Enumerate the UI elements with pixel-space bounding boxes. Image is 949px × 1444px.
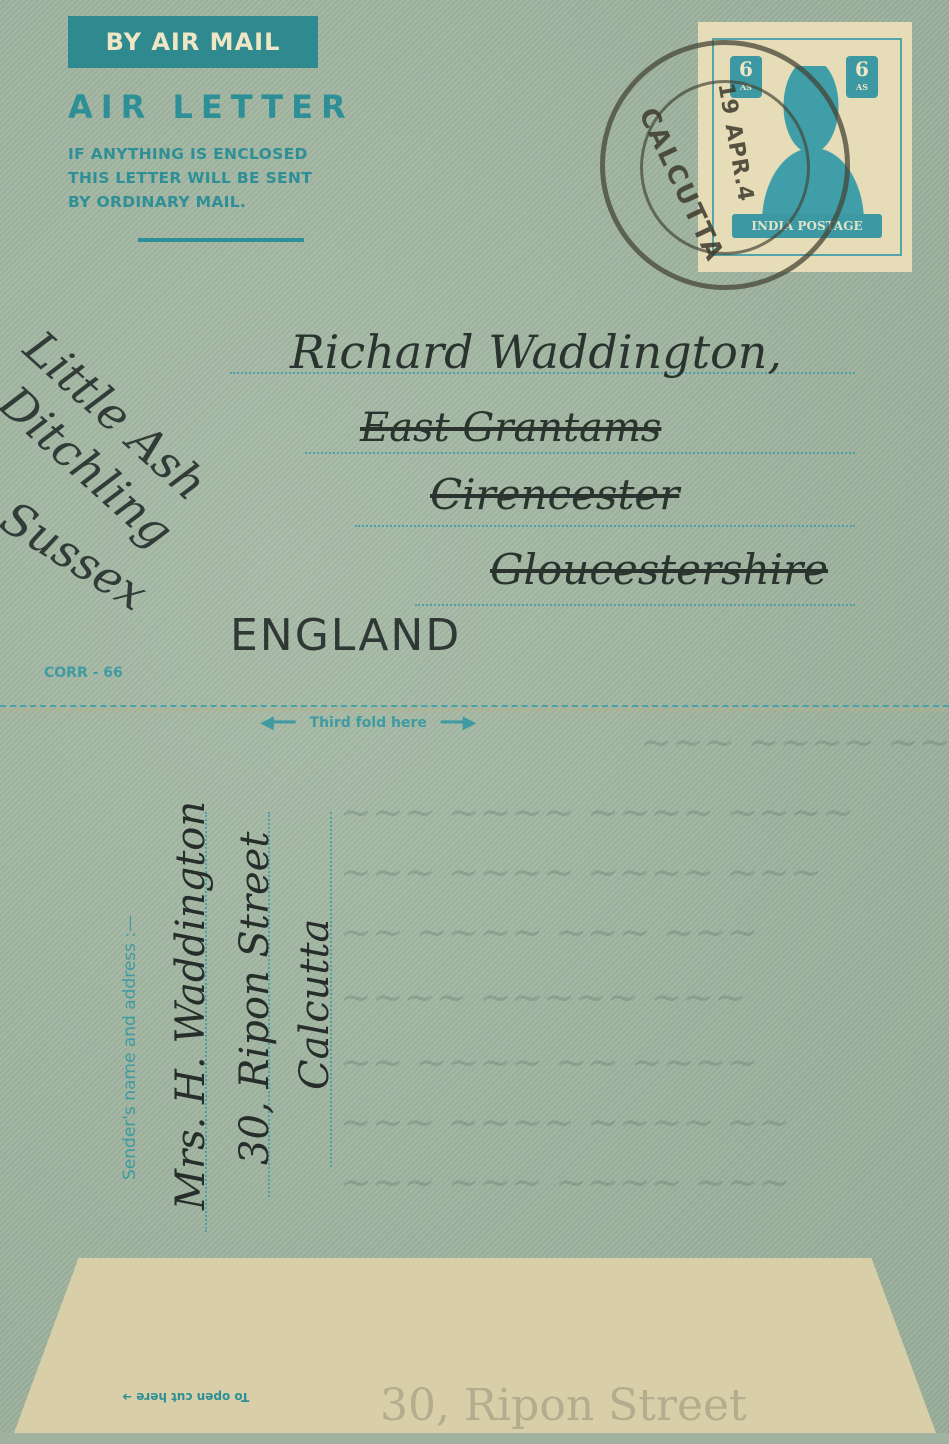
- notice-line: IF ANYTHING IS ENCLOSED: [68, 142, 312, 166]
- fold-instruction: ◀━━ Third fold here ━━▶: [260, 712, 476, 733]
- fold-label-text: Third fold here: [310, 715, 427, 731]
- bleed-through-text: ~~~ ~~~~ ~~~~ ~~: [340, 1100, 790, 1144]
- notice-line: THIS LETTER WILL BE SENT: [68, 166, 312, 190]
- struck-address-line: Cirencester: [430, 470, 679, 519]
- enclosure-notice: IF ANYTHING IS ENCLOSED THIS LETTER WILL…: [68, 142, 312, 214]
- sender-name: Mrs. H. Waddington: [168, 801, 214, 1210]
- airmail-banner: BY AIR MAIL: [68, 16, 318, 68]
- address-line: [355, 525, 855, 527]
- arrow-left-icon: ◀━━: [260, 712, 296, 733]
- bleed-through-text: ~~~ ~~~~ ~~~~ ~~~: [340, 850, 822, 894]
- bleed-through-text: ~~~~ ~~~~~ ~~~: [340, 975, 746, 1019]
- bottom-edge: [0, 1433, 949, 1444]
- address-line: [305, 452, 855, 454]
- form-code: CORR - 66: [44, 665, 123, 681]
- bleed-through-text: ~~~ ~~~~ ~~~~ ~~~~: [340, 790, 854, 834]
- arrow-right-icon: ━━▶: [441, 712, 477, 733]
- air-letter-sheet: BY AIR MAIL AIR LETTER IF ANYTHING IS EN…: [0, 0, 949, 1444]
- sender-street: 30, Ripon Street: [232, 832, 278, 1165]
- struck-address-line: East Grantams: [360, 405, 661, 451]
- sender-city: Calcutta: [292, 919, 338, 1090]
- address-line: [415, 604, 855, 606]
- form-title: AIR LETTER: [68, 88, 354, 126]
- bleed-through-text: ~~~ ~~~ ~~~~ ~~~: [340, 1160, 790, 1204]
- divider: [138, 238, 304, 242]
- struck-address-line: Gloucestershire: [490, 545, 828, 594]
- bleed-through-text: ~~ ~~~~ ~~ ~~~~: [340, 1040, 758, 1084]
- bleed-through-text: 30, Ripon Street: [380, 1380, 747, 1431]
- sender-label: Sender's name and address :—: [120, 915, 140, 1180]
- notice-line: BY ORDINARY MAIL.: [68, 190, 312, 214]
- bleed-through-text: ~~~ ~~~~ ~~: [640, 720, 949, 764]
- fold-line: [0, 705, 949, 707]
- recipient-name: Richard Waddington,: [290, 325, 782, 379]
- stamp-value-right: 6 AS: [846, 56, 878, 98]
- bleed-through-text: ~~ ~~~~ ~~~ ~~~: [340, 910, 758, 954]
- open-cut-instruction: To open cut here ➜: [122, 1390, 249, 1404]
- forwarding-country: ENGLAND: [230, 610, 461, 661]
